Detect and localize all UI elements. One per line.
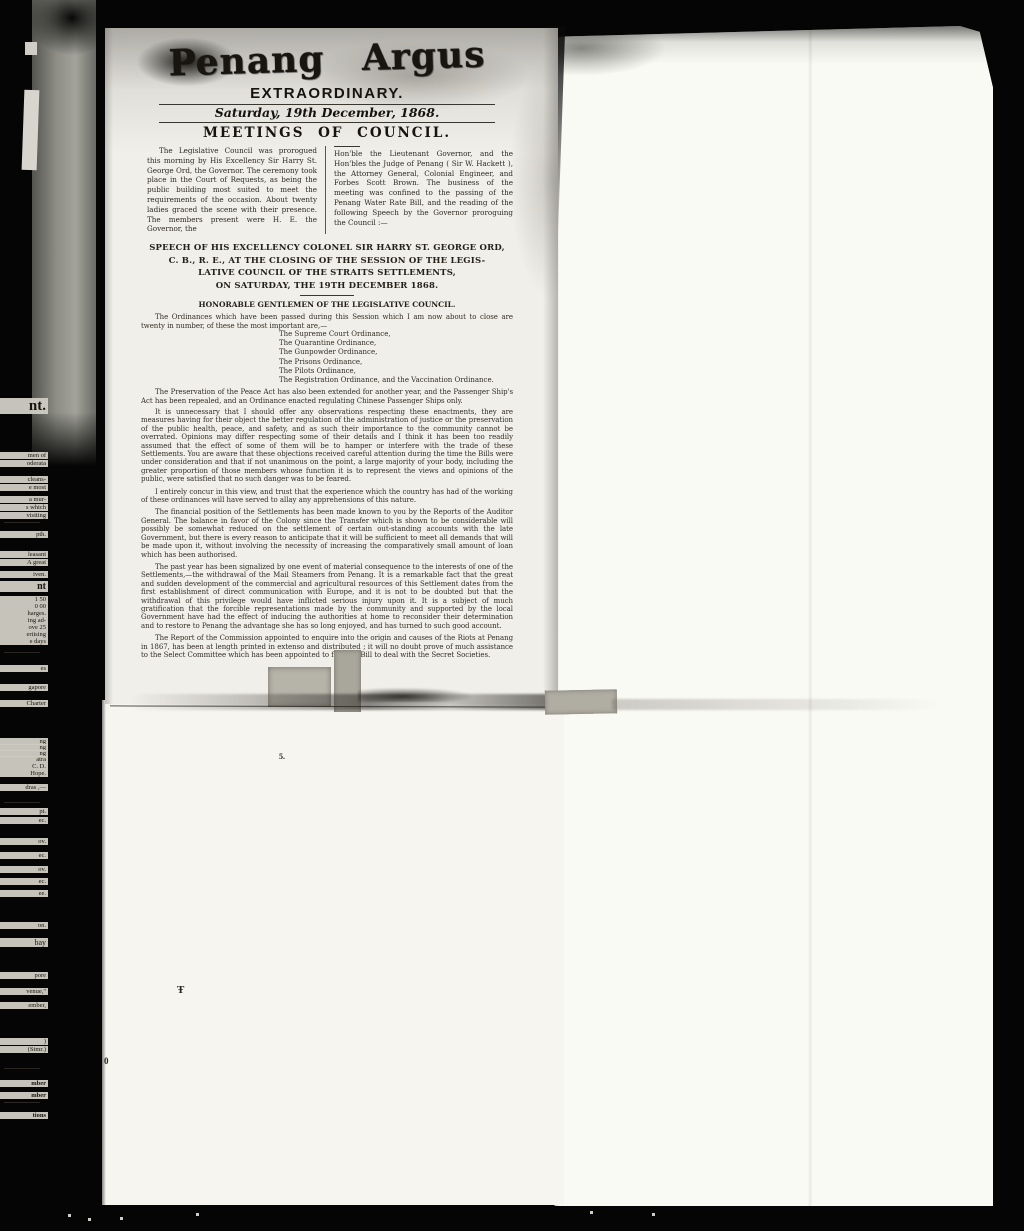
left-edge-rule [4, 1068, 40, 1069]
paragraph-mail-steamers: The past year has been signalized by one… [141, 563, 513, 630]
left-edge-fragment: on. [0, 922, 48, 929]
left-edge-rule [4, 652, 40, 653]
speech-heading-line: ON SATURDAY, THE 19TH DECEMBER 1868. [141, 280, 513, 293]
masthead-title: Penang Argus [140, 33, 513, 85]
left-edge-fragment: ee. [0, 890, 48, 897]
left-edge-fragment: e most [0, 484, 48, 491]
blank-lower-page [102, 700, 564, 1205]
ordinance-item: The Pilots Ordinance, [279, 367, 513, 376]
ordinance-item: The Supreme Court Ordinance, [279, 330, 513, 339]
left-edge-fragment: iven. [0, 571, 48, 578]
ordinance-item: The Prisons Ordinance, [279, 358, 513, 367]
left-edge-fragment: e days [0, 638, 48, 645]
intro-columns: The Legislative Council was prorogued th… [141, 146, 513, 234]
fold-smudge-band [130, 694, 562, 710]
paragraph-peace-act: The Preservation of the Peace Act has al… [141, 388, 513, 405]
left-edge-rule [4, 522, 40, 523]
speech-heading-line: C. B., R. E., AT THE CLOSING OF THE SESS… [141, 255, 513, 268]
rule-under-heading [300, 295, 354, 296]
left-edge-fragment: mber [0, 1092, 48, 1099]
left-edge-fragment: s which [0, 504, 48, 511]
left-edge-fragment: mber [0, 1080, 48, 1087]
ordinance-list: The Supreme Court Ordinance, The Quarant… [279, 330, 513, 385]
dust-speck [120, 1217, 123, 1220]
left-edge-fragment: tions [0, 1112, 48, 1119]
left-edge-fragment: pt. [0, 808, 48, 815]
intro-left-column: The Legislative Council was prorogued th… [147, 146, 325, 234]
left-edge-fragment: ec. [0, 878, 48, 885]
left-edge-fragment: 1 50 [0, 596, 48, 603]
left-edge-fragment: ember, [0, 1002, 48, 1009]
dust-speck [590, 1211, 593, 1214]
newspaper-content: Penang Argus EXTRAORDINARY. Saturday, 19… [105, 38, 558, 659]
left-edge-fragment: dras ,— [0, 784, 48, 791]
left-edge-fragment: venue," [0, 988, 48, 995]
paragraph-observations: It is unnecessary that I should offer an… [141, 408, 513, 484]
ordinance-item: The Quarantine Ordinance, [279, 339, 513, 348]
stray-ink-mark: Ŧ [177, 984, 184, 996]
left-edge-fragment: men of [0, 452, 48, 459]
left-edge-fragment: A great [0, 559, 48, 566]
paragraph-riots-report: The Report of the Commission appointed t… [141, 634, 513, 659]
left-edge-fragment: ov. [0, 866, 48, 873]
stray-ink-mark: 5. [279, 752, 285, 761]
dust-speck [196, 1213, 199, 1216]
paragraph-ordinances-intro: The Ordinances which have been passed du… [141, 313, 513, 330]
paragraph-concur: I entirely concur in this view, and trus… [141, 488, 513, 505]
fold-ink-blotch [358, 688, 470, 702]
torn-edge-speck [25, 42, 37, 55]
dateline: Saturday, 19th December, 1868. [141, 106, 513, 120]
intro-right-column: Hon'ble the Lieutenant Governor, and the… [325, 146, 513, 234]
torn-edge-sliver [22, 90, 40, 170]
left-edge-fragment: nt. [0, 398, 48, 414]
left-edge-fragment: (Stmr.) [0, 1046, 48, 1053]
left-edge-rule [4, 1102, 40, 1103]
stray-ink-mark: 0 [104, 1056, 109, 1066]
salutation: HONORABLE GENTLEMEN OF THE LEGISLATIVE C… [141, 300, 513, 309]
scanned-newspaper-document: Penang Argus EXTRAORDINARY. Saturday, 19… [0, 0, 1024, 1231]
left-edge-fragment: ec. [0, 852, 48, 859]
left-edge-fragment: cleans- [0, 476, 48, 483]
left-edge-fragment: pth. [0, 531, 48, 538]
ordinance-item: The Gunpowder Ordinance, [279, 348, 513, 357]
left-edge-fragment: 0 00 [0, 603, 48, 610]
left-edge-rule [4, 802, 40, 803]
dust-speck [652, 1213, 655, 1216]
left-edge-fragment: gapore [0, 684, 48, 691]
ordinance-item: The Registration Ordinance, and the Vacc… [279, 376, 513, 385]
left-edge-fragment: ing ad- [0, 617, 48, 624]
dust-speck [68, 1214, 71, 1217]
blank-facing-page [552, 26, 993, 1206]
speech-heading: SPEECH OF HIS EXCELLENCY COLONEL SIR HAR… [141, 242, 513, 292]
left-edge-fragment: ertising [0, 631, 48, 638]
newspaper-page: Penang Argus EXTRAORDINARY. Saturday, 19… [105, 28, 558, 704]
left-edge-fragment: visiting [0, 512, 48, 519]
left-edge-fragment: ov. [0, 838, 48, 845]
left-edge-fragment: ) [0, 1038, 48, 1045]
left-edge-fragment: a mur- [0, 496, 48, 503]
left-edge-fragment: nt [0, 581, 48, 592]
left-edge-fragment: Hope. [0, 770, 48, 777]
speech-heading-line: LATIVE COUNCIL OF THE STRAITS SETTLEMENT… [141, 267, 513, 280]
left-edge-fragment: Charter [0, 700, 48, 707]
paragraph-financial: The financial position of the Settlement… [141, 508, 513, 558]
rule-below-date [159, 122, 495, 123]
left-edge-fragment: harges. [0, 610, 48, 617]
left-edge-fragment: ec. [0, 817, 48, 824]
fold-streak-right [612, 699, 942, 710]
dust-speck [88, 1218, 91, 1221]
left-edge-fragment: leasant [0, 551, 48, 558]
left-edge-fragment: ove 25 [0, 624, 48, 631]
masthead-edition: EXTRAORDINARY. [141, 86, 513, 102]
left-edge-fragment: atra [0, 756, 48, 763]
intro-right-rule [334, 146, 360, 147]
tape-patch-right [545, 689, 617, 715]
speech-heading-line: SPEECH OF HIS EXCELLENCY COLONEL SIR HAR… [141, 242, 513, 255]
left-edge-fragment: pore [0, 972, 48, 979]
left-edge-fragment: C. D. [0, 763, 48, 770]
left-edge-fragment: bay [0, 938, 48, 947]
section-title: MEETINGS OF COUNCIL. [141, 126, 513, 141]
left-edge-fragment: es [0, 665, 48, 672]
intro-right-text: Hon'ble the Lieutenant Governor, and the… [334, 149, 513, 227]
left-edge-fragment: oderata [0, 460, 48, 467]
